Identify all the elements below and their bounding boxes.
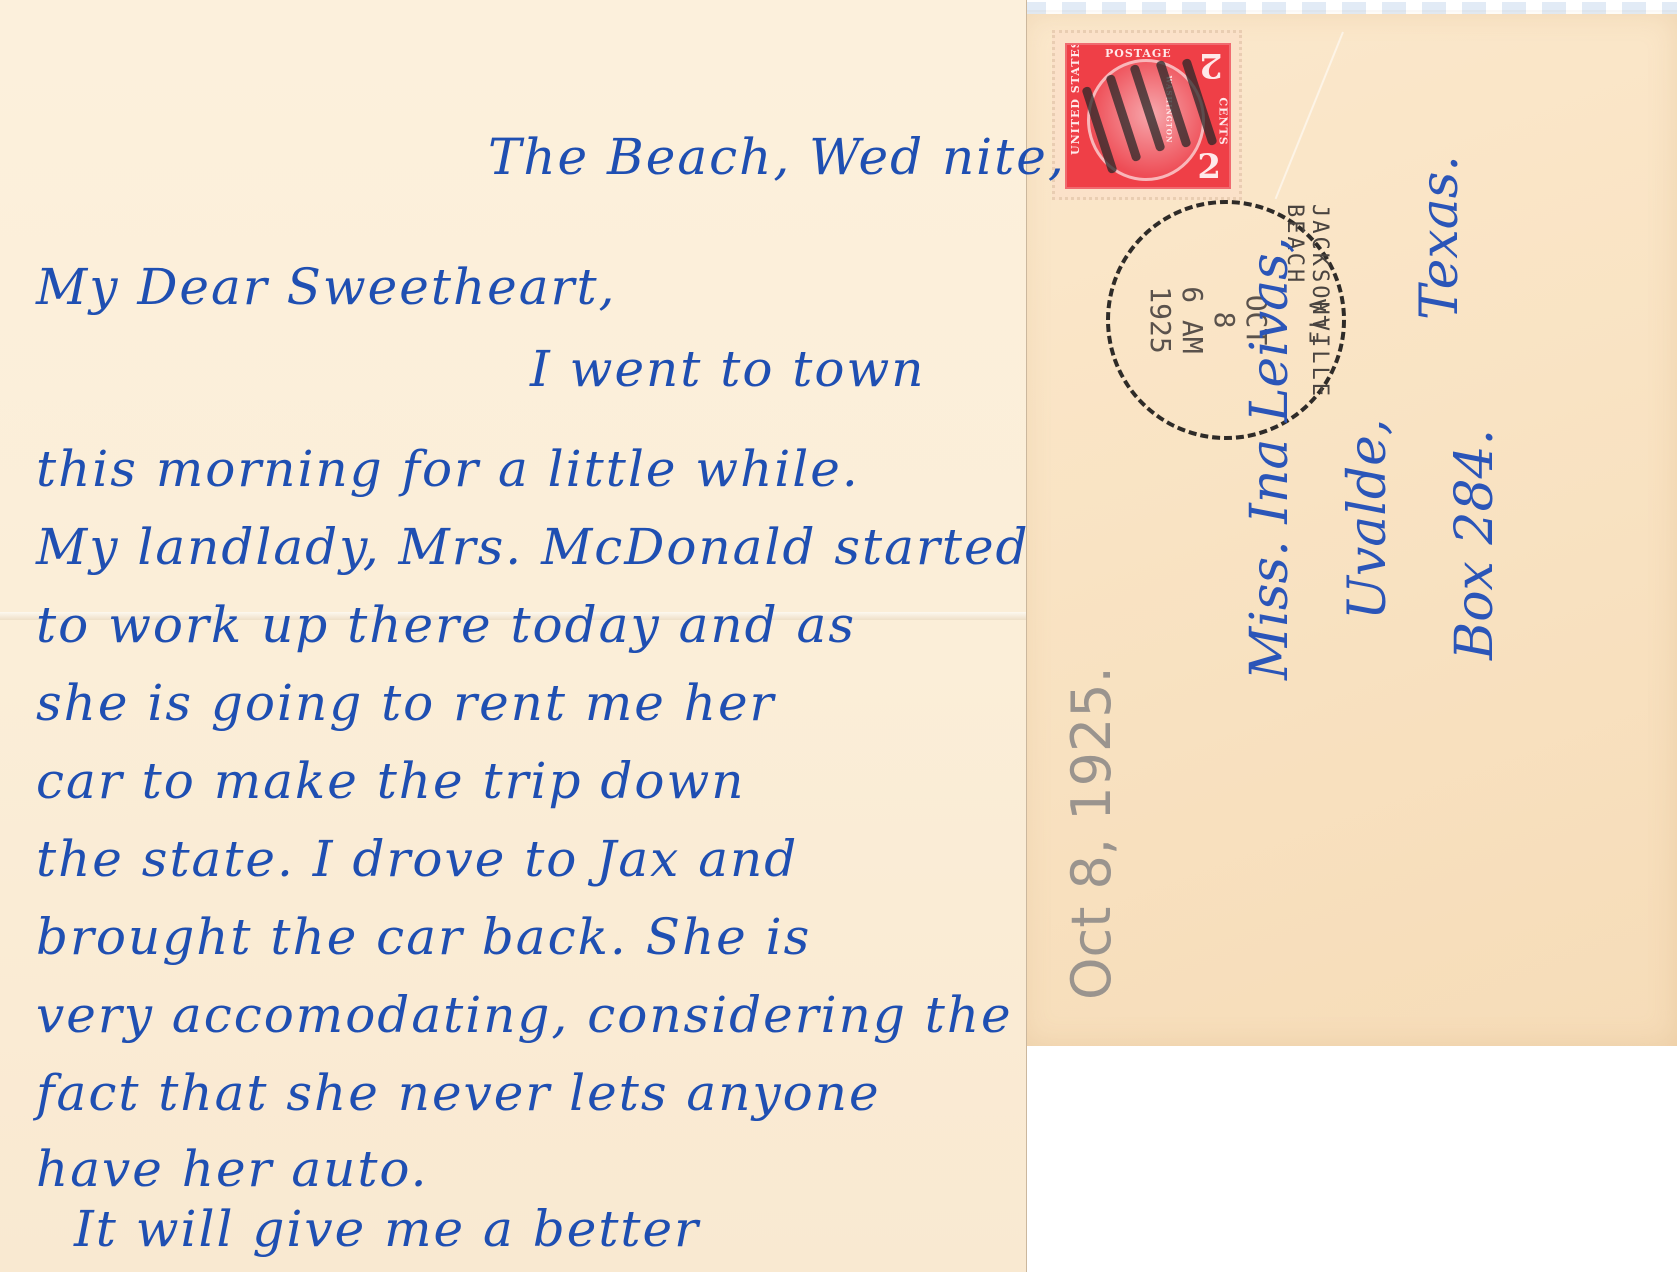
postage-stamp: POSTAGE UNITED STATES CENTS WASHINGTON 2… [1052, 30, 1242, 200]
postmark-time: 6 AM [1176, 204, 1208, 436]
address-state: Texas. [1410, 155, 1470, 320]
letter-line: car to make the trip down [36, 752, 745, 810]
letter-heading: The Beach, Wed nite, [488, 128, 1066, 186]
postmark: JACKSONVILLE BEACH FLA OCT 8 6 AM 1925 [1106, 200, 1346, 440]
letter-line: It will give me a better [74, 1200, 700, 1258]
letter-line: brought the car back. She is [36, 908, 811, 966]
letter-line: this morning for a little while. [36, 440, 860, 498]
letter-line: very accomodating, considering the [36, 986, 1013, 1044]
letter-line: the state. I drove to Jax and [36, 830, 798, 888]
letter-line: to work up there today and as [36, 596, 856, 654]
address-box: Box 284. [1445, 429, 1505, 660]
stamp-face: POSTAGE UNITED STATES CENTS WASHINGTON 2… [1065, 43, 1231, 189]
letter-salutation: My Dear Sweetheart, [36, 258, 616, 316]
envelope-crease [1275, 32, 1344, 200]
letter-line: have her auto. [36, 1140, 429, 1198]
stamp-country-text: UNITED STATES [1069, 43, 1082, 155]
torn-envelope-edge [1022, 2, 1677, 14]
letter-line: fact that she never lets anyone [36, 1064, 881, 1122]
letter-page: The Beach, Wed nite, My Dear Sweetheart,… [0, 0, 1026, 1272]
scanned-document: POSTAGE UNITED STATES CENTS WASHINGTON 2… [0, 0, 1680, 1274]
letter-line: I went to town [530, 340, 926, 398]
letter-line: she is going to rent me her [36, 674, 775, 732]
address-city: Uvalde, [1338, 419, 1398, 620]
postmark-day: 8 [1208, 204, 1240, 436]
cancellation-bars-icon [1085, 55, 1225, 165]
letter-line: My landlady, Mrs. McDonald started [36, 518, 1030, 576]
postmark-year: 1925 [1144, 204, 1176, 436]
pencil-date-note: Oct 8, 1925. [1060, 666, 1123, 1000]
address-recipient: Miss. Ina Leivas, [1240, 237, 1300, 680]
